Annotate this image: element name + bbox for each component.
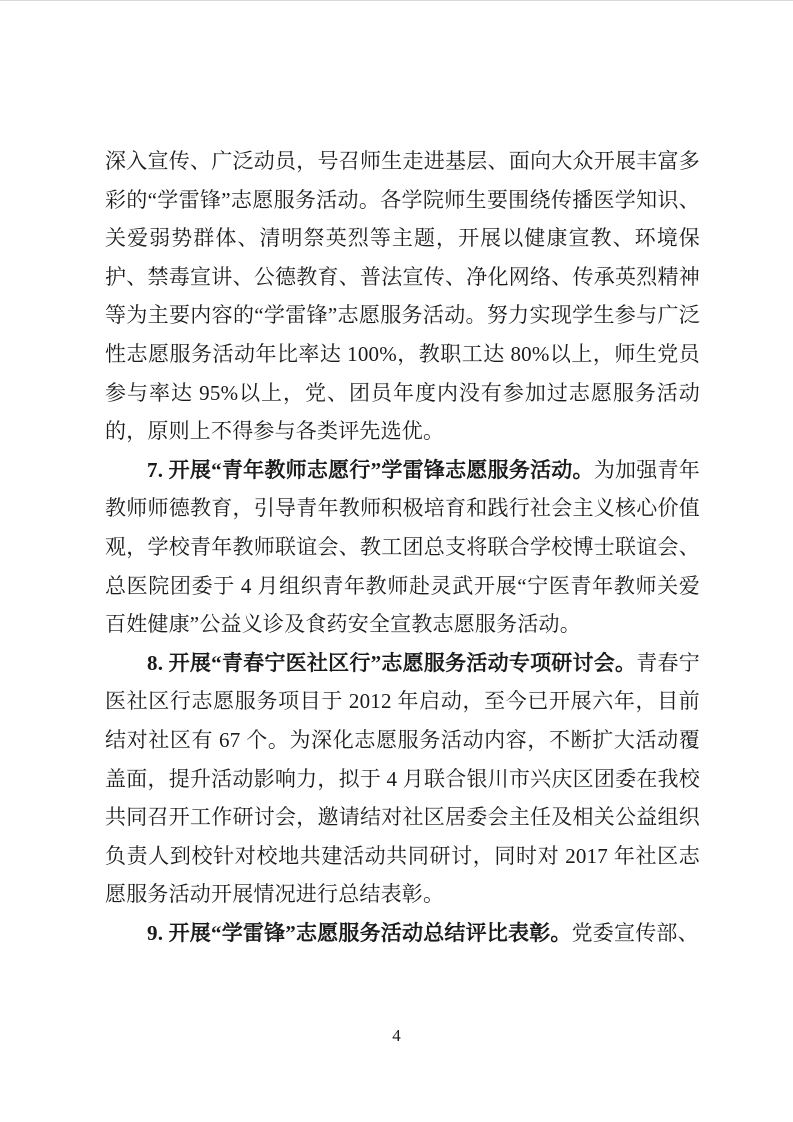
page-top-edge: [0, 0, 793, 1]
paragraph-head: 8. 开展“青春宁医社区行”志愿服务活动专项研讨会。: [147, 651, 636, 675]
paragraph-head: 7. 开展“青年教师志愿行”学雷锋志愿服务活动。: [147, 458, 594, 482]
document-page-content: 深入宣传、广泛动员，号召师生走进基层、面向大众开展丰富多彩的“学雷锋”志愿服务活…: [105, 142, 700, 952]
paragraph-body: 党委宣传部、: [572, 921, 699, 945]
paragraph-head: 9. 开展“学雷锋”志愿服务活动总结评比表彰。: [147, 921, 572, 945]
paragraph-item-8: 8. 开展“青春宁医社区行”志愿服务活动专项研讨会。青春宁医社区行志愿服务项目于…: [105, 644, 700, 914]
paragraph-body: 深入宣传、广泛动员，号召师生走进基层、面向大众开展丰富多彩的“学雷锋”志愿服务活…: [105, 149, 700, 443]
page-number: 4: [0, 1026, 793, 1046]
paragraph-continuation: 深入宣传、广泛动员，号召师生走进基层、面向大众开展丰富多彩的“学雷锋”志愿服务活…: [105, 142, 700, 451]
paragraph-body: 青春宁医社区行志愿服务项目于 2012 年启动，至今已开展六年，目前结对社区有 …: [105, 651, 700, 907]
paragraph-body: 为加强青年教师师德教育，引导青年教师积极培育和践行社会主义核心价值观，学校青年教…: [105, 458, 700, 636]
paragraph-item-7: 7. 开展“青年教师志愿行”学雷锋志愿服务活动。为加强青年教师师德教育，引导青年…: [105, 451, 700, 644]
paragraph-item-9: 9. 开展“学雷锋”志愿服务活动总结评比表彰。党委宣传部、: [105, 914, 700, 953]
